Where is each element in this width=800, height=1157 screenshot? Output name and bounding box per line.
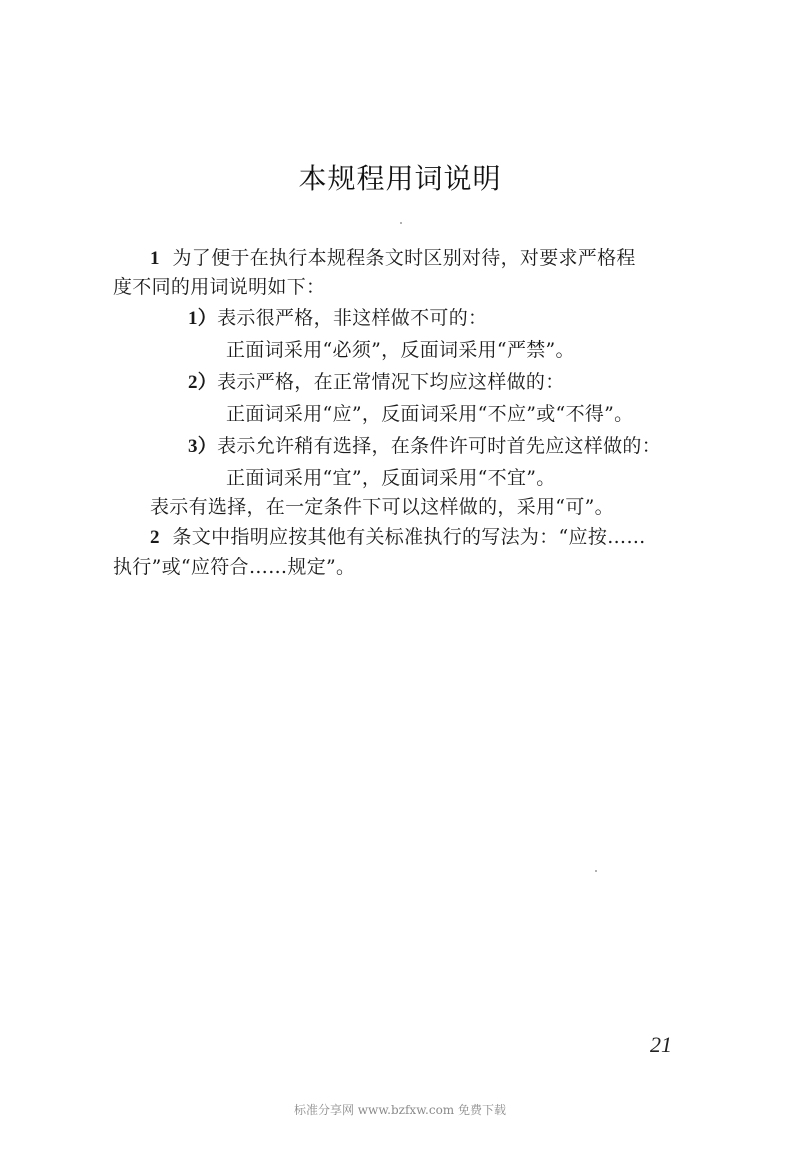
watermark: 标准分享网 www.bzfxw.com 免费下载	[0, 1101, 800, 1118]
optional-line: 表示有选择，在一定条件下可以这样做的，采用“可”。	[150, 492, 614, 519]
item-2-desc-text: 表示严格，在正常情况下均应这样做的：	[217, 371, 564, 393]
scan-speck	[400, 222, 402, 224]
scan-speck	[595, 870, 597, 872]
item-2-words: 正面词采用“应”，反面词采用“不应”或“不得”。	[226, 399, 633, 426]
clause-2-line-1: 2 条文中指明应按其他有关标准执行的写法为：“应按……	[150, 522, 646, 549]
item-2-number: 2）	[188, 372, 217, 393]
item-3-number: 3）	[188, 436, 217, 457]
page-number: 21	[650, 1032, 672, 1058]
item-3-desc: 3）表示允许稍有选择，在条件许可时首先应这样做的：	[188, 431, 661, 458]
item-3-words: 正面词采用“宜”，反面词采用“不宜”。	[226, 463, 556, 490]
item-2-desc: 2）表示严格，在正常情况下均应这样做的：	[188, 367, 565, 394]
item-1-desc-text: 表示很严格，非这样做不可的：	[217, 307, 487, 329]
page-title: 本规程用词说明	[0, 157, 800, 197]
item-3-desc-text: 表示允许稍有选择，在条件许可时首先应这样做的：	[217, 435, 661, 457]
item-1-words: 正面词采用“必须”，反面词采用“严禁”。	[226, 335, 575, 362]
item-1-number: 1）	[188, 308, 217, 329]
item-1-desc: 1）表示很严格，非这样做不可的：	[188, 303, 487, 330]
clause-2-number: 2	[150, 527, 160, 548]
clause-1-line-2: 度不同的用词说明如下：	[113, 272, 325, 299]
clause-2-line-2: 执行”或“应符合……规定”。	[113, 552, 355, 579]
clause-2-text: 条文中指明应按其他有关标准执行的写法为：“应按……	[173, 526, 646, 548]
clause-1-text: 为了便于在执行本规程条文时区别对待，对要求严格程	[173, 247, 636, 269]
clause-1-line-1: 1 为了便于在执行本规程条文时区别对待，对要求严格程	[150, 243, 636, 270]
clause-1-number: 1	[150, 248, 160, 269]
